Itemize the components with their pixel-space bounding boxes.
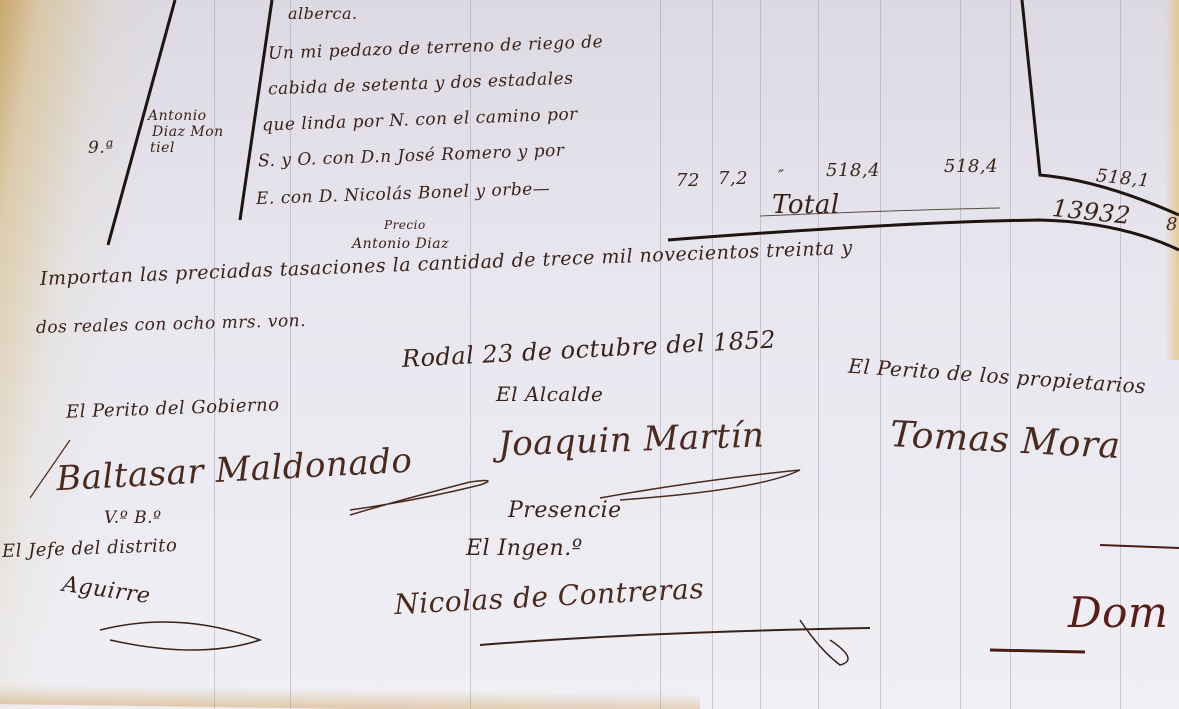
- signature-title-ingeniero: El Ingen.º: [466, 536, 583, 561]
- signature-partial-bottom-right: Dom: [1068, 588, 1168, 637]
- approval-mark: V.º B.º: [104, 508, 162, 528]
- annotation: Precio: [384, 218, 426, 232]
- entry-number: 9.ª: [88, 138, 114, 158]
- owner-line: Antonio: [148, 108, 207, 124]
- total-amount-suffix: 8: [1166, 214, 1178, 235]
- total-label: Total: [772, 190, 840, 220]
- annotation: Antonio Diaz: [352, 236, 449, 252]
- value-cell: 518,4: [826, 160, 880, 181]
- signature-title-alcalde: El Alcalde: [496, 382, 603, 406]
- owner-line: tiel: [150, 140, 175, 156]
- owner-line: Diaz Mon: [152, 124, 224, 140]
- value-cell: 7,2: [718, 168, 748, 189]
- value-cell: ″: [778, 166, 784, 185]
- description-line: alberca.: [288, 4, 358, 23]
- value-cell: 518,4: [944, 156, 998, 177]
- value-cell: 72: [676, 170, 700, 191]
- presence-label: Presencie: [508, 498, 622, 523]
